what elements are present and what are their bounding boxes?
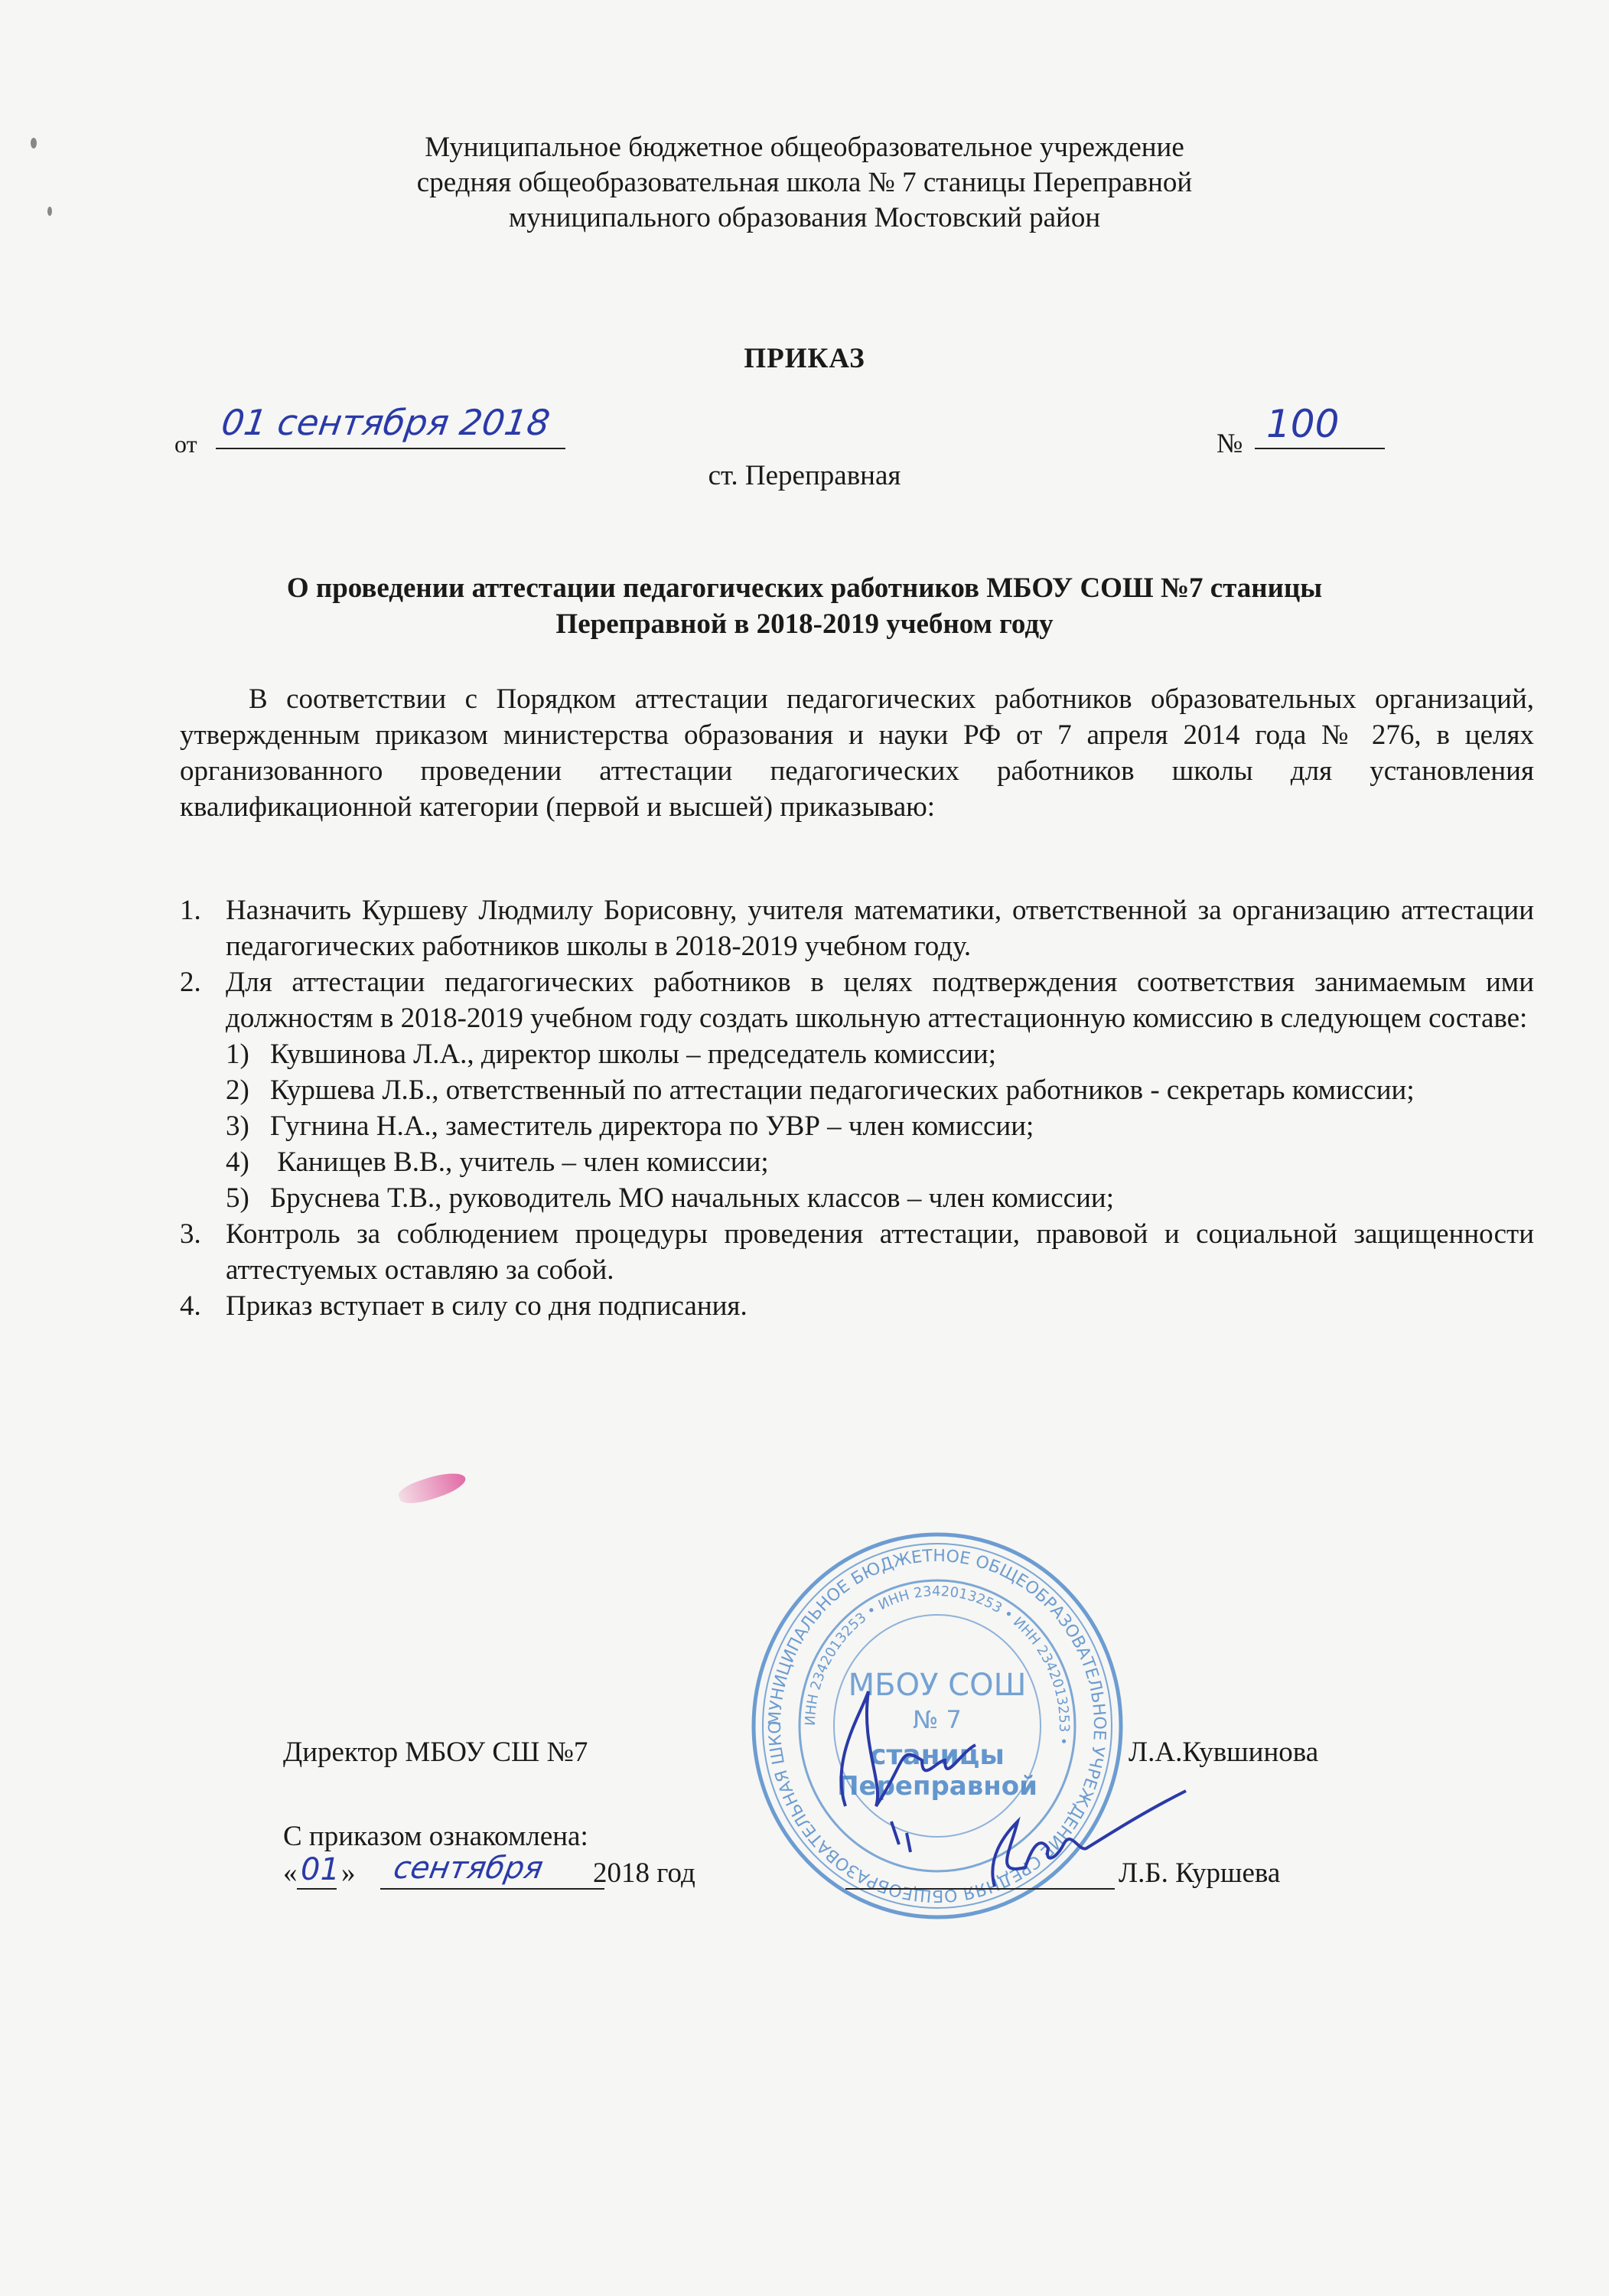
subject-line: Переправной в 2018-2019 учебном году <box>0 606 1609 642</box>
director-name: Л.А.Кувшинова <box>1129 1736 1318 1769</box>
member-text: Канищев В.В., учитель – член комиссии; <box>270 1144 1534 1180</box>
ack-quote-open: « <box>283 1857 298 1890</box>
svg-text:станицы: станицы <box>870 1740 1005 1771</box>
item-text: Контроль за соблюдением процедуры провед… <box>226 1216 1534 1288</box>
institution-header: Муниципальное бюджетное общеобразователь… <box>0 130 1609 236</box>
document-page: Муниципальное бюджетное общеобразователь… <box>0 0 1609 2296</box>
order-subject: О проведении аттестации педагогических р… <box>0 570 1609 642</box>
date-handwritten: 01 сентября 2018 <box>219 402 552 443</box>
item-text: Назначить Куршеву Людмилу Борисовну, учи… <box>226 892 1534 964</box>
member-number: 5) <box>226 1180 270 1216</box>
item-text: Для аттестации педагогических работников… <box>226 964 1534 1036</box>
date-prefix: от <box>174 430 197 458</box>
member-text: Куршева Л.Б., ответственный по аттестаци… <box>270 1072 1534 1108</box>
order-item: 2. Для аттестации педагогических работни… <box>180 964 1534 1036</box>
order-items: 1. Назначить Куршеву Людмилу Борисовну, … <box>180 892 1534 1324</box>
item-text: Приказ вступает в силу со дня подписания… <box>226 1288 1534 1324</box>
order-item: 3. Контроль за соблюдением процедуры про… <box>180 1216 1534 1288</box>
ack-year: 2018 год <box>593 1857 695 1890</box>
item-number: 1. <box>180 892 226 964</box>
director-label: Директор МБОУ СШ №7 <box>283 1736 588 1769</box>
subject-line: О проведении аттестации педагогических р… <box>0 570 1609 606</box>
member-number: 3) <box>226 1108 270 1144</box>
ack-day-handwritten: 01 <box>301 1852 340 1887</box>
member-number: 2) <box>226 1072 270 1108</box>
ack-month-handwritten: сентября <box>391 1851 546 1886</box>
preamble: В соответствии с Порядком аттестации пед… <box>180 681 1534 825</box>
header-line: муниципального образования Мостовский ра… <box>0 201 1609 236</box>
commission-list: 1) Кувшинова Л.А., директор школы – пред… <box>226 1036 1534 1216</box>
commission-member: 1) Кувшинова Л.А., директор школы – пред… <box>226 1036 1534 1072</box>
number-prefix: № <box>1217 427 1243 459</box>
commission-member: 4) Канищев В.В., учитель – член комиссии… <box>226 1144 1534 1180</box>
header-line: Муниципальное бюджетное общеобразователь… <box>0 130 1609 165</box>
place: ст. Переправная <box>0 459 1609 492</box>
ack-label: С приказом ознакомлена: <box>283 1820 588 1853</box>
member-text: Гугнина Н.А., заместитель директора по У… <box>270 1108 1534 1144</box>
commission-member: 5) Бруснева Т.В., руководитель МО началь… <box>226 1180 1534 1216</box>
member-text: Кувшинова Л.А., директор школы – председ… <box>270 1036 1534 1072</box>
item-number: 4. <box>180 1288 226 1324</box>
ack-quote-close: » <box>341 1857 356 1890</box>
commission-member: 3) Гугнина Н.А., заместитель директора п… <box>226 1108 1534 1144</box>
member-text: Бруснева Т.В., руководитель МО начальных… <box>270 1180 1534 1216</box>
order-item: 1. Назначить Куршеву Людмилу Борисовну, … <box>180 892 1534 964</box>
header-line: средняя общеобразовательная школа № 7 ст… <box>0 165 1609 201</box>
ack-name: Л.Б. Куршева <box>1119 1857 1280 1890</box>
member-number: 1) <box>226 1036 270 1072</box>
ink-smudge <box>396 1467 468 1508</box>
svg-text:№ 7: № 7 <box>913 1705 962 1734</box>
item-number: 3. <box>180 1216 226 1288</box>
svg-text:МБОУ СОШ: МБОУ СОШ <box>848 1668 1027 1703</box>
document-title: ПРИКАЗ <box>0 342 1609 375</box>
commission-member: 2) Куршева Л.Б., ответственный по аттест… <box>226 1072 1534 1108</box>
item-number: 2. <box>180 964 226 1036</box>
member-number: 4) <box>226 1144 270 1180</box>
order-item: 4. Приказ вступает в силу со дня подписа… <box>180 1288 1534 1324</box>
number-handwritten: 100 <box>1266 402 1339 446</box>
